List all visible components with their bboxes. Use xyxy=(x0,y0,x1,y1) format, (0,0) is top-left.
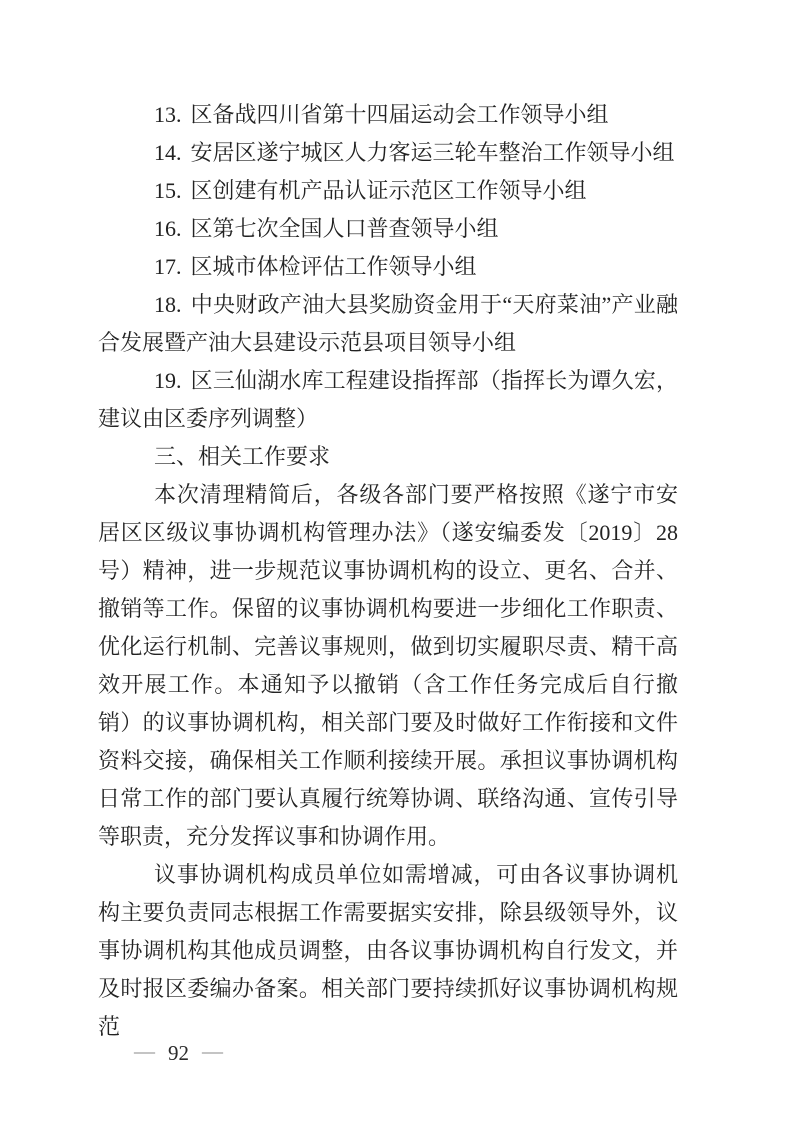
section-heading: 三、相关工作要求 xyxy=(98,438,678,476)
list-item-14: 14.安居区遂宁城区人力客运三轮车整治工作领导小组 xyxy=(98,134,678,172)
body-paragraph: 议事协调机构成员单位如需增减，可由各议事协调机构主要负责同志根据工作需要据实安排… xyxy=(98,856,678,1046)
item-number: 17. xyxy=(154,254,182,279)
footer-dash-right: — xyxy=(202,1040,223,1062)
document-page: 13.区备战四川省第十四届运动会工作领导小组 14.安居区遂宁城区人力客运三轮车… xyxy=(0,0,793,1122)
list-item-19: 19.区三仙湖水库工程建设指挥部（指挥长为谭久宏，建议由区委序列调整） xyxy=(98,362,678,438)
item-text: 区备战四川省第十四届运动会工作领导小组 xyxy=(191,102,609,127)
list-item-15: 15.区创建有机产品认证示范区工作领导小组 xyxy=(98,172,678,210)
item-text: 区三仙湖水库工程建设指挥部（指挥长为谭久宏，建议由区委序列调整） xyxy=(98,368,678,431)
document-body: 13.区备战四川省第十四届运动会工作领导小组 14.安居区遂宁城区人力客运三轮车… xyxy=(98,96,678,1046)
item-number: 18. xyxy=(154,292,182,317)
item-number: 14. xyxy=(154,140,182,165)
page-number: 92 xyxy=(168,1042,189,1064)
item-text: 区第七次全国人口普查领导小组 xyxy=(191,216,499,241)
item-number: 13. xyxy=(154,102,182,127)
item-text: 区城市体检评估工作领导小组 xyxy=(191,254,477,279)
footer-dash-left: — xyxy=(134,1040,155,1062)
body-paragraph: 本次清理精简后，各级各部门要严格按照《遂宁市安居区区级议事协调机构管理办法》（遂… xyxy=(98,476,678,856)
item-number: 16. xyxy=(154,216,182,241)
list-item-13: 13.区备战四川省第十四届运动会工作领导小组 xyxy=(98,96,678,134)
list-item-18: 18.中央财政产油大县奖励资金用于“天府菜油”产业融合发展暨产油大县建设示范县项… xyxy=(98,286,678,362)
item-text: 区创建有机产品认证示范区工作领导小组 xyxy=(191,178,587,203)
page-number-footer: — 92 — xyxy=(134,1042,223,1064)
list-item-16: 16.区第七次全国人口普查领导小组 xyxy=(98,210,678,248)
item-number: 15. xyxy=(154,178,182,203)
item-number: 19. xyxy=(154,368,182,393)
list-item-17: 17.区城市体检评估工作领导小组 xyxy=(98,248,678,286)
item-text: 安居区遂宁城区人力客运三轮车整治工作领导小组 xyxy=(191,140,675,165)
item-text: 中央财政产油大县奖励资金用于“天府菜油”产业融合发展暨产油大县建设示范县项目领导… xyxy=(98,292,678,355)
